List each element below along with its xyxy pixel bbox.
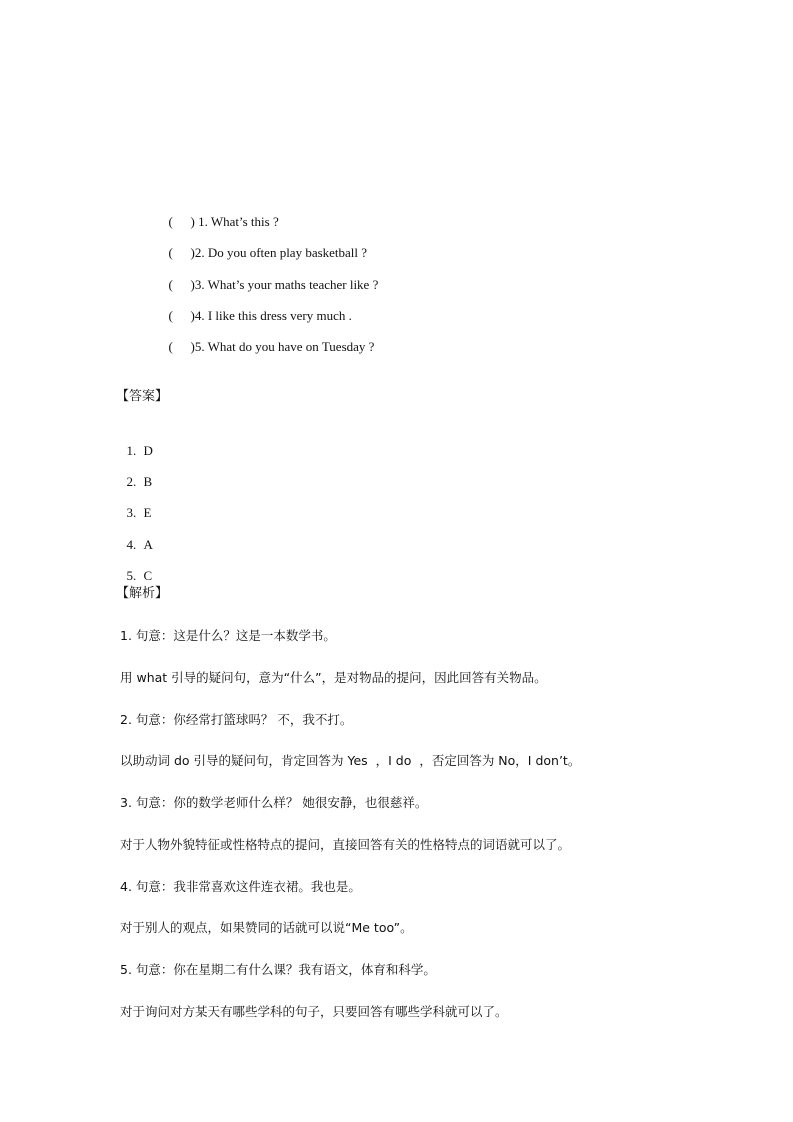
analysis-line: 5. 句意：你在星期二有什么课？我有语文，体育和科学。 [120, 962, 436, 978]
question-item: ()4. I like this dress very much . [162, 292, 352, 308]
answer-blank-open: ( [169, 214, 191, 230]
answer-blank-open: ( [169, 339, 191, 355]
question-text: 3. What’s your maths teacher like ? [195, 277, 379, 292]
answer-value: B [144, 474, 153, 489]
question-text: 1. What’s this ? [195, 214, 279, 229]
analysis-line: 4. 句意：我非常喜欢这件连衣裙。我也是。 [120, 879, 361, 895]
answer-blank-open: ( [169, 245, 191, 261]
answer-item: 5.C [120, 552, 152, 568]
answer-number: 3. [127, 505, 144, 521]
analysis-line: 1. 句意：这是什么？这是一本数学书。 [120, 628, 336, 644]
question-item: ()3. What’s your maths teacher like ? [162, 261, 378, 277]
question-item: () 1. What’s this ? [162, 198, 279, 214]
answer-value: A [144, 537, 153, 552]
analysis-line: 3. 句意：你的数学老师什么样？ 她很安静，也很慈祥。 [120, 795, 427, 811]
answer-item: 4.A [120, 521, 153, 537]
question-item: ()2. Do you often play basketball ? [162, 229, 367, 245]
analysis-line: 对于询问对方某天有哪些学科的句子，只要回答有哪些学科就可以了。 [120, 1004, 508, 1020]
answer-number: 4. [127, 537, 144, 553]
analysis-line: 对于别人的观点，如果赞同的话就可以说“Me too”。 [120, 920, 413, 936]
question-item: ()5. What do you have on Tuesday ? [162, 323, 374, 339]
answer-number: 2. [127, 474, 144, 490]
question-text: 5. What do you have on Tuesday ? [195, 339, 375, 354]
analysis-line: 用 what 引导的疑问句，意为“什么”，是对物品的提问，因此回答有关物品。 [120, 670, 547, 686]
answer-number: 5. [127, 568, 144, 584]
analysis-line: 以助动词 do 引导的疑问句，肯定回答为 Yes ，I do ，否定回答为 No… [120, 753, 580, 769]
question-text: 2. Do you often play basketball ? [195, 245, 367, 260]
answer-blank-open: ( [169, 277, 191, 293]
answer-heading: 【答案】 [116, 389, 168, 405]
answer-value: E [144, 505, 152, 520]
answer-value: C [144, 568, 153, 583]
answer-item: 3.E [120, 489, 151, 505]
analysis-line: 2. 句意：你经常打篮球吗？ 不，我不打。 [120, 712, 352, 728]
answer-value: D [144, 443, 153, 458]
analysis-line: 对于人物外貌特征或性格特点的提问，直接回答有关的性格特点的词语就可以了。 [120, 837, 570, 853]
question-text: 4. I like this dress very much . [195, 308, 352, 323]
analysis-heading: 【解析】 [116, 586, 168, 602]
answer-item: 1.D [120, 427, 153, 443]
answer-item: 2.B [120, 458, 152, 474]
answer-number: 1. [127, 443, 144, 459]
answer-blank-open: ( [169, 308, 191, 324]
